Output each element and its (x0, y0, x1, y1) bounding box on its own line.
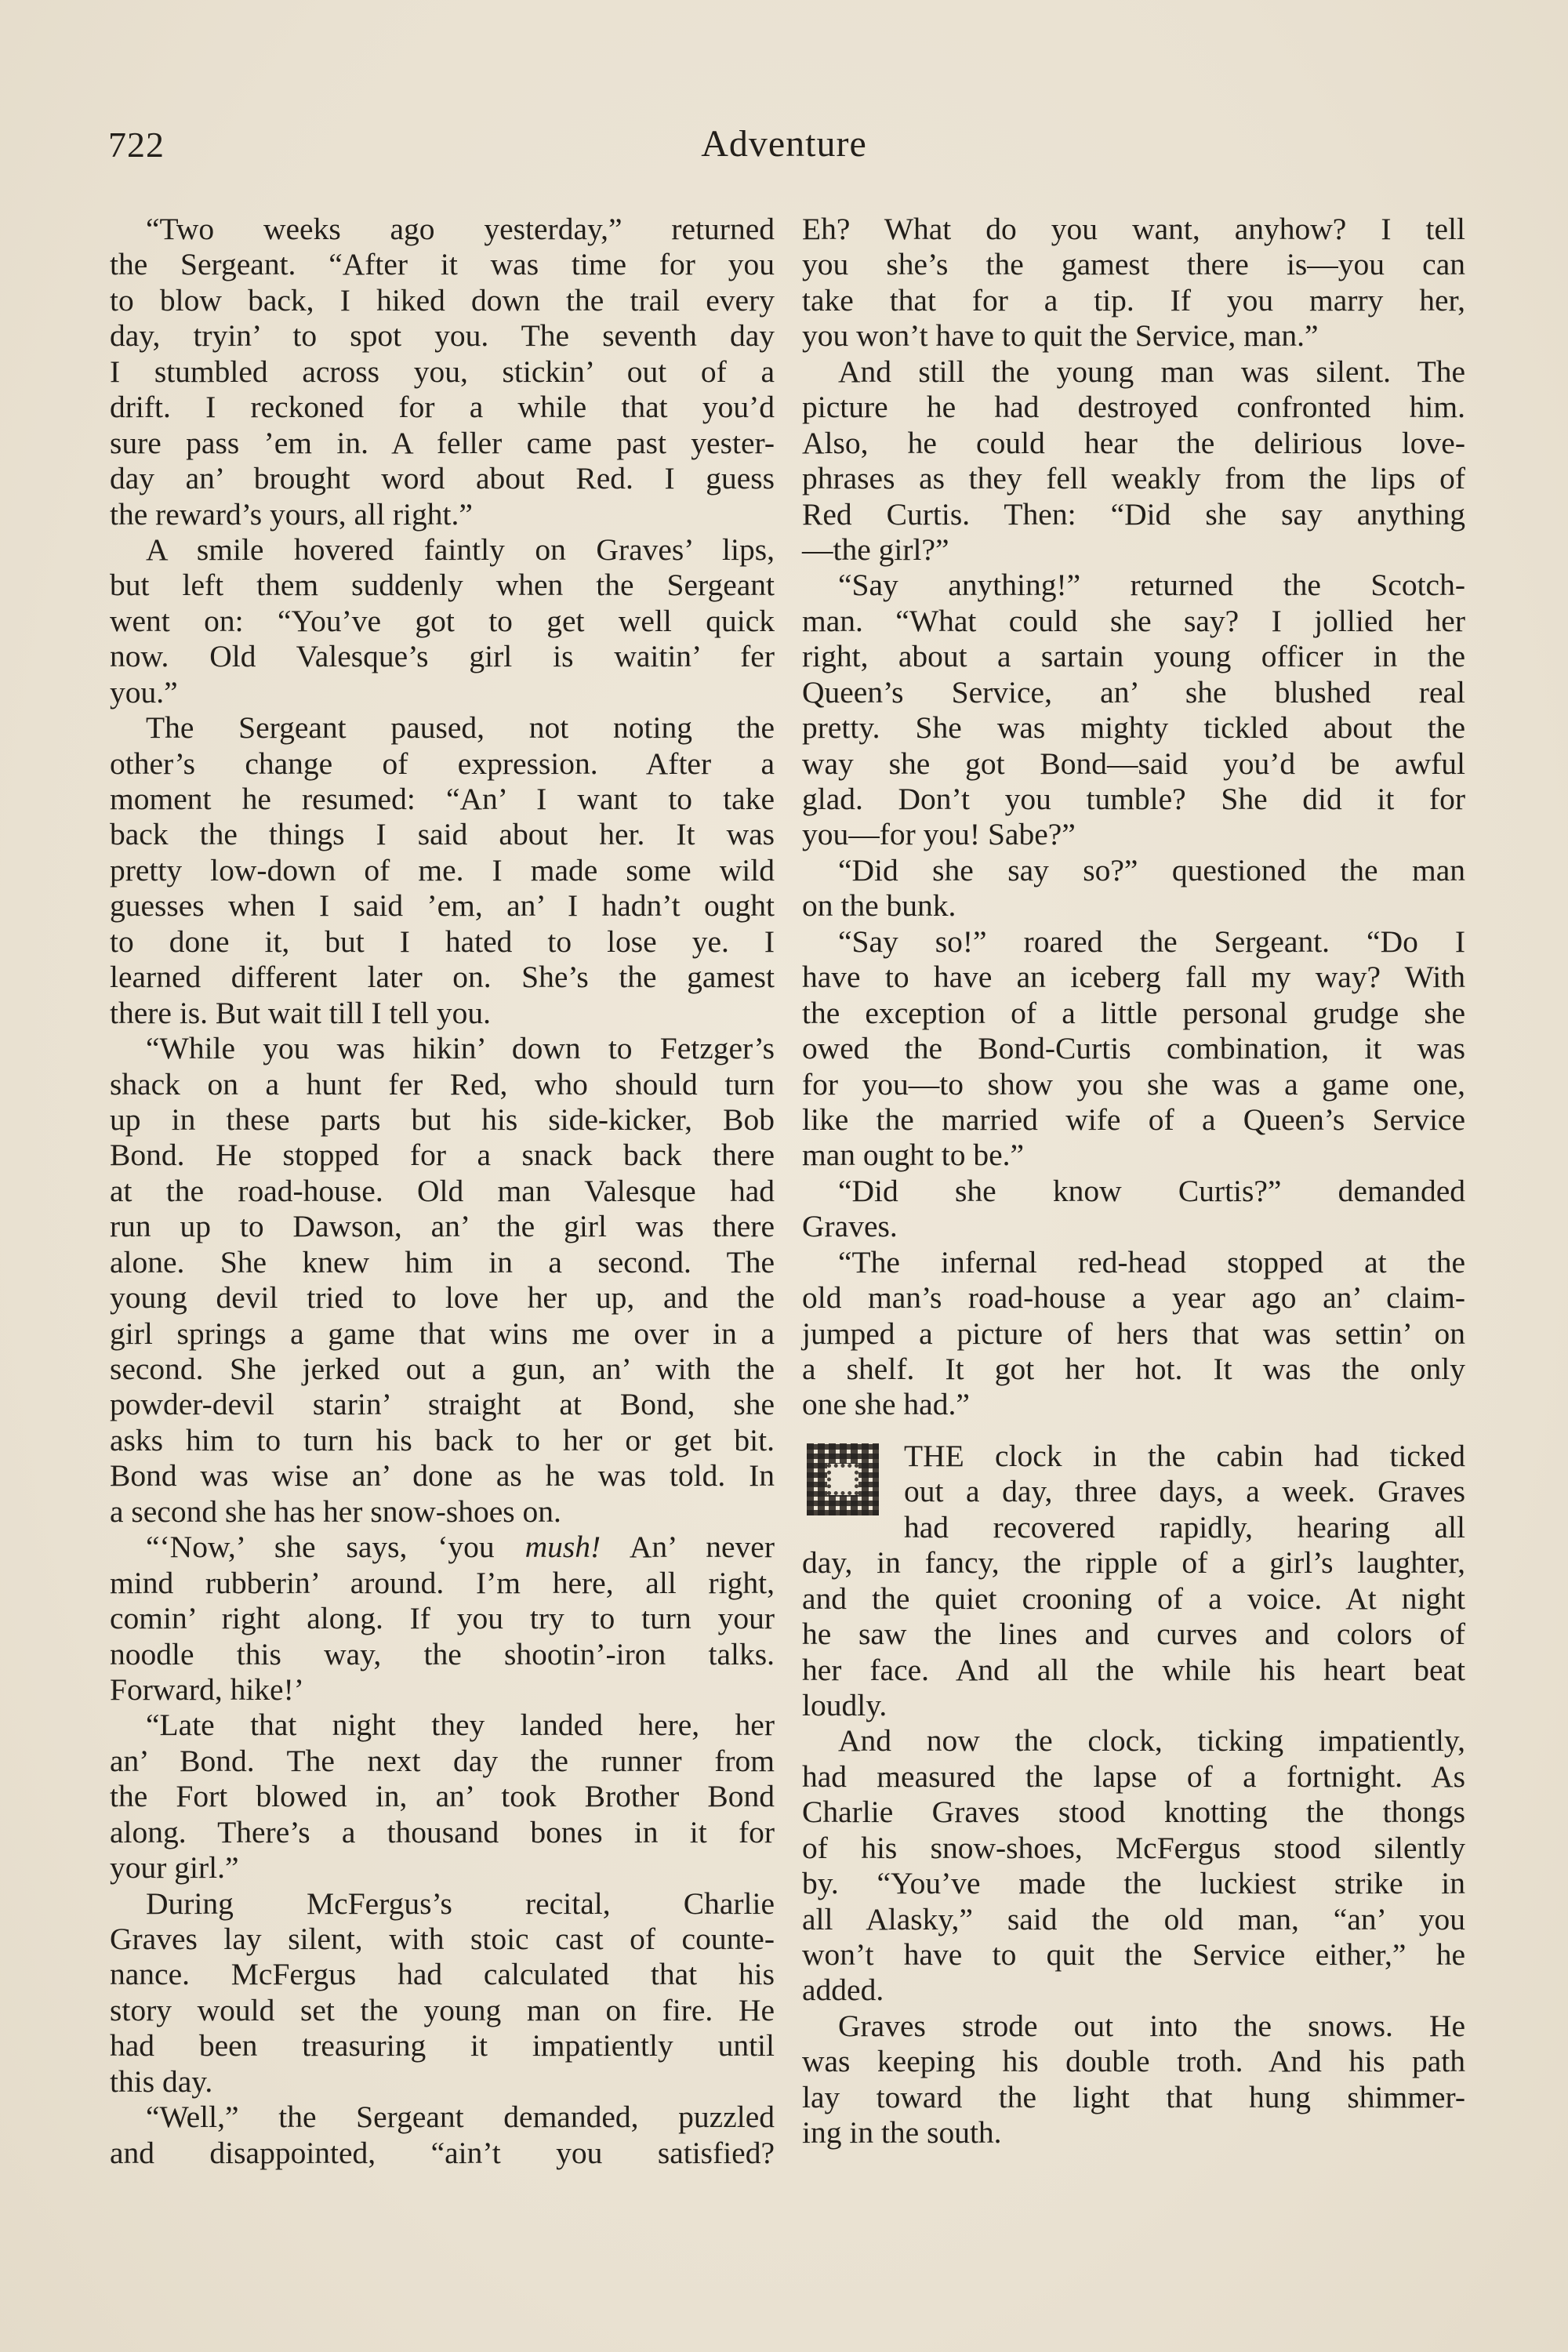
text-line: young devil tried to love her up, and th… (110, 1280, 775, 1316)
text-line: to blow back, I hiked down the trail eve… (110, 283, 775, 318)
text-line: a second she has her snow-shoes on. (110, 1494, 775, 1530)
text-line: Eh? What do you want, anyhow? I tell (802, 212, 1465, 247)
text-line: drift. I reckoned for a while that you’d (110, 390, 775, 425)
text-line: mind rubberin’ around. I’m here, all rig… (110, 1566, 775, 1601)
text-line: During McFergus’s recital, Charlie (110, 1886, 775, 1922)
text-line: Graves. (802, 1209, 1465, 1244)
text-line: pretty. She was mighty tickled about the (802, 710, 1465, 746)
text-line: The Sergeant paused, not noting the (110, 710, 775, 746)
text-line: ing in the south. (802, 2115, 1465, 2151)
text-line: alone. She knew him in a second. The (110, 1245, 775, 1280)
text-line: comin’ right along. If you try to turn y… (110, 1601, 775, 1636)
text-line: Graves strode out into the snows. He (802, 2009, 1465, 2044)
text-line: back the things I said about her. It was (110, 817, 775, 852)
text-line: old man’s road-house a year ago an’ clai… (802, 1280, 1465, 1316)
text-line: her face. And all the while his heart be… (802, 1653, 1465, 1688)
text-line: had been treasuring it impatiently until (110, 2028, 775, 2063)
text-line: won’t have to quit the Service either,” … (802, 1937, 1465, 1973)
text-line: “Say so!” roared the Sergeant. “Do I (802, 924, 1465, 960)
text-line: the Fort blowed in, an’ took Brother Bon… (110, 1779, 775, 1814)
text-line: way she got Bond—said you’d be awful (802, 746, 1465, 782)
text-line: And still the young man was silent. The (802, 354, 1465, 390)
text-line: “Two weeks ago yesterday,” returned (110, 212, 775, 247)
section-break (802, 1423, 1465, 1439)
text-line: went on: “You’ve got to get well quick (110, 604, 775, 639)
text-line: “Did she say so?” questioned the man (802, 853, 1465, 888)
magazine-page: 722 Adventure “Two weeks ago yesterday,”… (0, 0, 1568, 2352)
text-line: run up to Dawson, an’ the girl was there (110, 1209, 775, 1244)
italic-word: mush! (525, 1530, 601, 1564)
text-line: “Did she know Curtis?” demanded (802, 1174, 1465, 1209)
text-line: “Well,” the Sergeant demanded, puzzled (110, 2100, 775, 2135)
left-text-column: “Two weeks ago yesterday,” returnedthe S… (110, 212, 775, 2171)
text-line: glad. Don’t you tumble? She did it for (802, 782, 1465, 817)
text-line: he saw the lines and curves and colors o… (802, 1617, 1465, 1652)
running-title: Adventure (0, 122, 1568, 165)
text-line: second. She jerked out a gun, an’ with t… (110, 1352, 775, 1387)
text-line: right, about a sartain young officer in … (802, 639, 1465, 674)
right-text-column: Eh? What do you want, anyhow? I tellyou … (802, 212, 1465, 2151)
text-line: Red Curtis. Then: “Did she say anything (802, 497, 1465, 532)
text-line: other’s change of expression. After a (110, 746, 775, 782)
text-line: phrases as they fell weakly from the lip… (802, 461, 1465, 496)
text-line: sure pass ’em in. A feller came past yes… (110, 426, 775, 461)
text-line: at the road-house. Old man Valesque had (110, 1174, 775, 1209)
text-line: day an’ brought word about Red. I guess (110, 461, 775, 496)
text-line: take that for a tip. If you marry her, (802, 283, 1465, 318)
text-line: Charlie Graves stood knotting the thongs (802, 1795, 1465, 1830)
text-line: “‘Now,’ she says, ‘you mush! An’ never (110, 1530, 775, 1565)
text-line: A smile hovered faintly on Graves’ lips, (110, 532, 775, 568)
text-line: you won’t have to quit the Service, man.… (802, 318, 1465, 354)
text-line: out a day, three days, a week. Graves (802, 1474, 1465, 1509)
text-line: girl springs a game that wins me over in… (110, 1316, 775, 1352)
text-line: one she had.” (802, 1387, 1465, 1422)
text-line: powder-devil starin’ straight at Bond, s… (110, 1387, 775, 1422)
text-line: noodle this way, the shootin’-iron talks… (110, 1637, 775, 1672)
text-line: your girl.” (110, 1850, 775, 1886)
text-line: now. Old Valesque’s girl is waitin’ fer (110, 639, 775, 674)
text-line: had measured the lapse of a fortnight. A… (802, 1759, 1465, 1795)
text-line: asks him to turn his back to her or get … (110, 1423, 775, 1458)
text-line: of his snow-shoes, McFergus stood silent… (802, 1831, 1465, 1866)
text-line: learned different later on. She’s the ga… (110, 960, 775, 995)
text-line: jumped a picture of hers that was settin… (802, 1316, 1465, 1352)
text-line: “While you was hikin’ down to Fetzger’s (110, 1031, 775, 1066)
text-line: along. There’s a thousand bones in it fo… (110, 1815, 775, 1850)
text-line: Queen’s Service, an’ she blushed real (802, 675, 1465, 710)
text-line: “Late that night they landed here, her (110, 1708, 775, 1743)
text-line: like the married wife of a Queen’s Servi… (802, 1102, 1465, 1138)
text-line: Bond was wise an’ done as he was told. I… (110, 1458, 775, 1494)
text-line: “The infernal red-head stopped at the (802, 1245, 1465, 1280)
text-line: have to have an iceberg fall my way? Wit… (802, 960, 1465, 995)
text-line: Also, he could hear the delirious love- (802, 426, 1465, 461)
text-line: for you—to show you she was a game one, (802, 1067, 1465, 1102)
drop-cap-ornament-icon (807, 1443, 879, 1515)
text-line: day, in fancy, the ripple of a girl’s la… (802, 1545, 1465, 1581)
text-line: the exception of a little personal grudg… (802, 996, 1465, 1031)
text-line: by. “You’ve made the luckiest strike in (802, 1866, 1465, 1901)
text-line: man. “What could she say? I jollied her (802, 604, 1465, 639)
text-line: a shelf. It got her hot. It was the only (802, 1352, 1465, 1387)
text-line: up in these parts but his side-kicker, B… (110, 1102, 775, 1138)
text-line: picture he had destroyed confronted him. (802, 390, 1465, 425)
text-line: this day. (110, 2064, 775, 2100)
text-line: an’ Bond. The next day the runner from (110, 1744, 775, 1779)
text-line: the reward’s yours, all right.” (110, 497, 775, 532)
text-line: Graves lay silent, with stoic cast of co… (110, 1922, 775, 1957)
text-line: you she’s the gamest there is—you can (802, 247, 1465, 282)
text-line: there is. But wait till I tell you. (110, 996, 775, 1031)
text-line: owed the Bond-Curtis combination, it was (802, 1031, 1465, 1066)
text-line: —the girl?” (802, 532, 1465, 568)
text-line: all Alasky,” said the old man, “an’ you (802, 1902, 1465, 1937)
text-line: “Say anything!” returned the Scotch- (802, 568, 1465, 603)
text-line: but left them suddenly when the Sergeant (110, 568, 775, 603)
text-line: to done it, but I hated to lose ye. I (110, 924, 775, 960)
text-line: pretty low-down of me. I made some wild (110, 853, 775, 888)
text-line: nance. McFergus had calculated that his (110, 1957, 775, 1992)
text-line: on the bunk. (802, 888, 1465, 924)
text-line: was keeping his double troth. And his pa… (802, 2044, 1465, 2079)
text-line: added. (802, 1973, 1465, 2008)
text-line: And now the clock, ticking impatiently, (802, 1723, 1465, 1759)
text-line: and the quiet crooning of a voice. At ni… (802, 1581, 1465, 1617)
text-line: man ought to be.” (802, 1138, 1465, 1173)
text-line: moment he resumed: “An’ I want to take (110, 782, 775, 817)
text-line: you.” (110, 675, 775, 710)
text-line: the Sergeant. “After it was time for you (110, 247, 775, 282)
text-line: Forward, hike!’ (110, 1672, 775, 1708)
text-line: story would set the young man on fire. H… (110, 1993, 775, 2028)
text-line: and disappointed, “ain’t you satisfied? (110, 2136, 775, 2171)
text-line: Bond. He stopped for a snack back there (110, 1138, 775, 1173)
text-line: shack on a hunt fer Red, who should turn (110, 1067, 775, 1102)
text-line: I stumbled across you, stickin’ out of a (110, 354, 775, 390)
text-line: you—for you! Sabe?” (802, 817, 1465, 852)
text-line: day, tryin’ to spot you. The seventh day (110, 318, 775, 354)
text-line: had recovered rapidly, hearing all (802, 1510, 1465, 1545)
text-line: loudly. (802, 1688, 1465, 1723)
text-line: THE clock in the cabin had ticked (802, 1439, 1465, 1474)
text-line: guesses when I said ’em, an’ I hadn’t ou… (110, 888, 775, 924)
text-line: lay toward the light that hung shimmer- (802, 2080, 1465, 2115)
